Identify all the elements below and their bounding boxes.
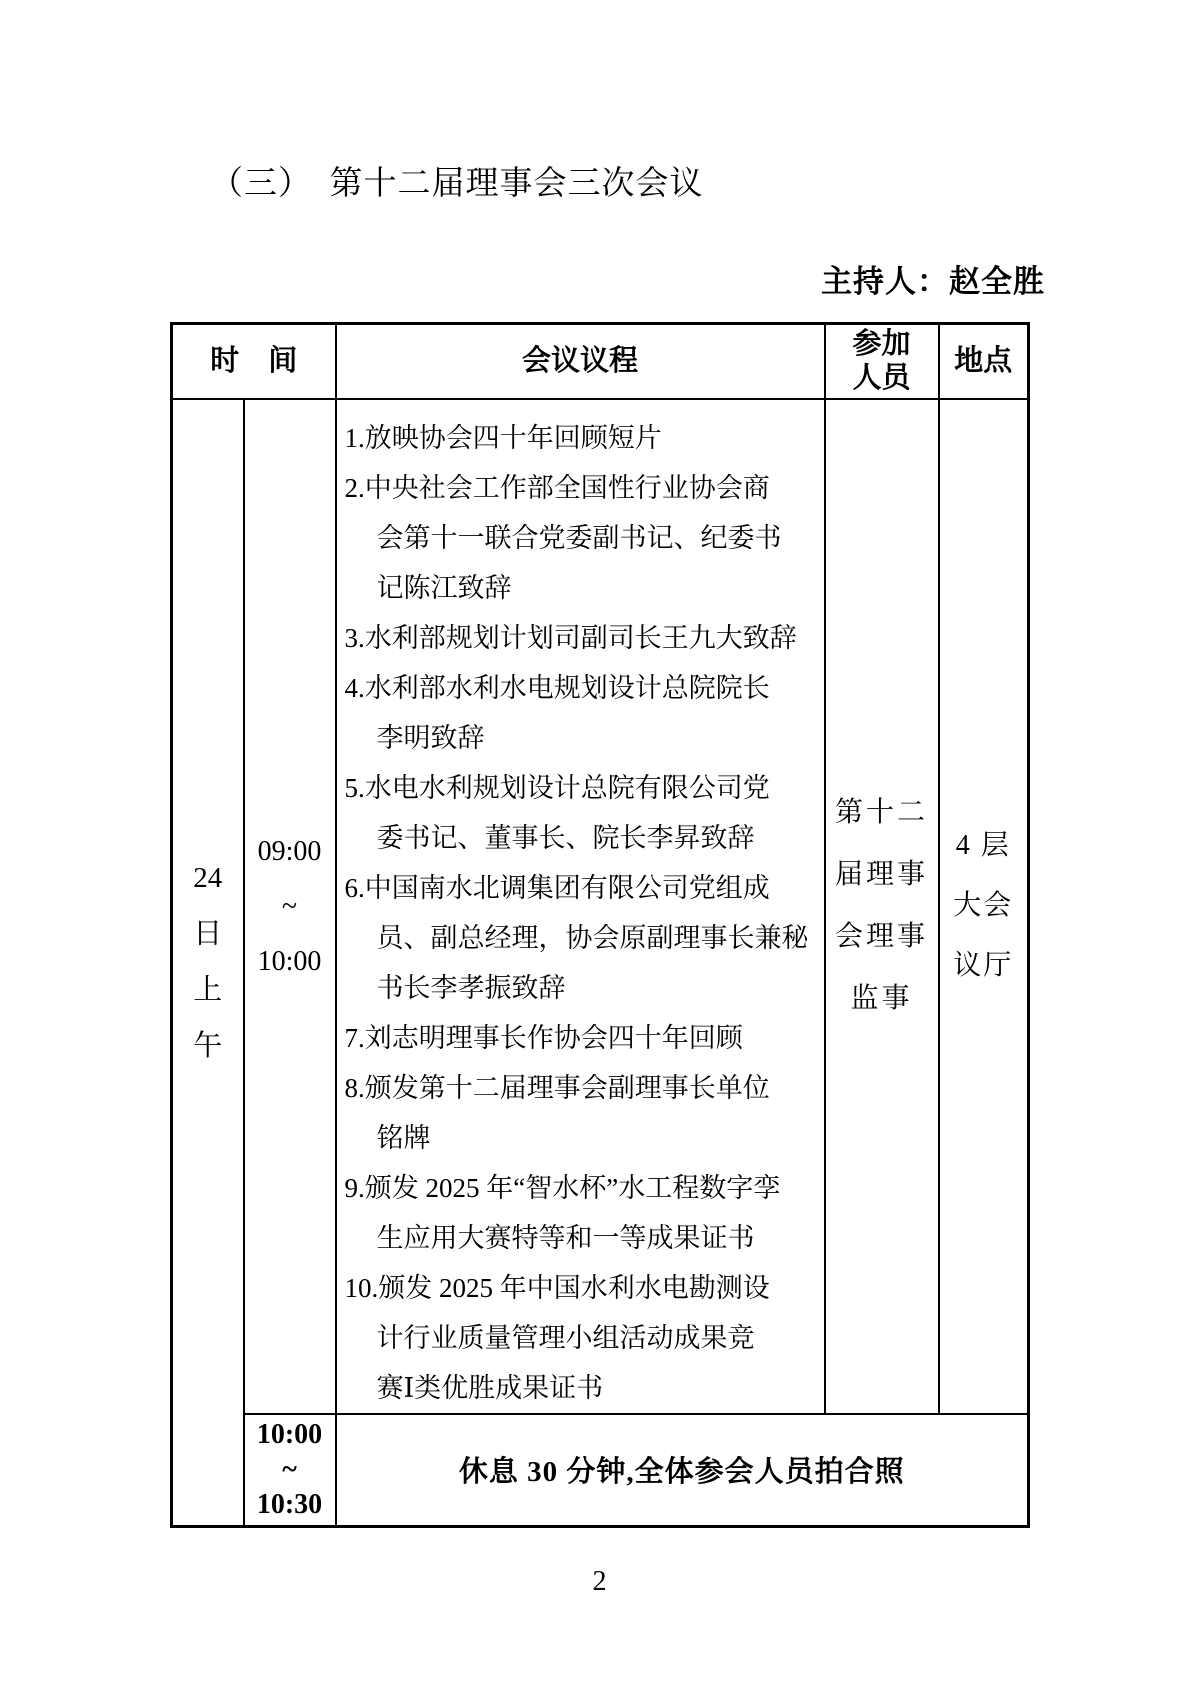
agenda-table: 时 间 会议议程 参加 人员 地点 24 日 上 午 09:00 ~ 10:00… <box>170 322 1030 1528</box>
agenda-item-list: 1.放映协会四十年回顾短片2.中央社会工作部全国性行业协会商 会第十一联合党委副… <box>345 413 822 1413</box>
header-time: 时 间 <box>172 324 336 399</box>
table-header-row: 时 间 会议议程 参加 人员 地点 <box>172 324 1029 399</box>
location-cell: 4 层 大会 议厅 <box>939 399 1029 1414</box>
agenda-item: 1.放映协会四十年回顾短片 <box>345 413 822 463</box>
session-time-cell: 09:00 ~ 10:00 <box>244 399 336 1414</box>
participants-cell: 第十二 届理事 会理事 监事 <box>825 399 939 1414</box>
agenda-item: 3.水利部规划计划司副司长王九大致辞 <box>345 613 822 663</box>
date-cell: 24 日 上 午 <box>172 399 244 1527</box>
header-agenda: 会议议程 <box>336 324 825 399</box>
agenda-item: 7.刘志明理事长作协会四十年回顾 <box>345 1013 822 1063</box>
break-time-cell: 10:00 ~ 10:30 <box>244 1414 336 1527</box>
header-participants: 参加 人员 <box>825 324 939 399</box>
document-page: （三） 第十二届理事会三次会议 主持人：赵全胜 时 间 会议议程 参加 人员 地… <box>0 0 1199 1696</box>
agenda-item: 5.水电水利规划设计总院有限公司党 委书记、董事长、院长李昇致辞 <box>345 763 822 863</box>
agenda-item: 8.颁发第十二届理事会副理事长单位 铭牌 <box>345 1063 822 1163</box>
section-title: （三） 第十二届理事会三次会议 <box>210 163 704 205</box>
agenda-item: 10.颁发 2025 年中国水利水电勘测设 计行业质量管理小组活动成果竞 赛Ⅰ类… <box>345 1263 822 1413</box>
agenda-item: 6.中国南水北调集团有限公司党组成 员、副总经理，协会原副理事长兼秘 书长李孝振… <box>345 863 822 1013</box>
page-number: 2 <box>0 1566 1199 1598</box>
agenda-item: 4.水利部水利水电规划设计总院院长 李明致辞 <box>345 663 822 763</box>
break-content-cell: 休息 30 分钟,全体参会人员拍合照 <box>336 1414 1029 1527</box>
agenda-item: 2.中央社会工作部全国性行业协会商 会第十一联合党委副书记、纪委书 记陈江致辞 <box>345 463 822 613</box>
break-row: 10:00 ~ 10:30 休息 30 分钟,全体参会人员拍合照 <box>172 1414 1029 1527</box>
agenda-item: 9.颁发 2025 年“智水杯”水工程数字孪 生应用大赛特等和一等成果证书 <box>345 1163 822 1263</box>
host-label: 主持人：赵全胜 <box>821 263 1045 301</box>
header-location: 地点 <box>939 324 1029 399</box>
main-session-row: 24 日 上 午 09:00 ~ 10:00 1.放映协会四十年回顾短片2.中央… <box>172 399 1029 1414</box>
agenda-items-cell: 1.放映协会四十年回顾短片2.中央社会工作部全国性行业协会商 会第十一联合党委副… <box>336 399 825 1414</box>
